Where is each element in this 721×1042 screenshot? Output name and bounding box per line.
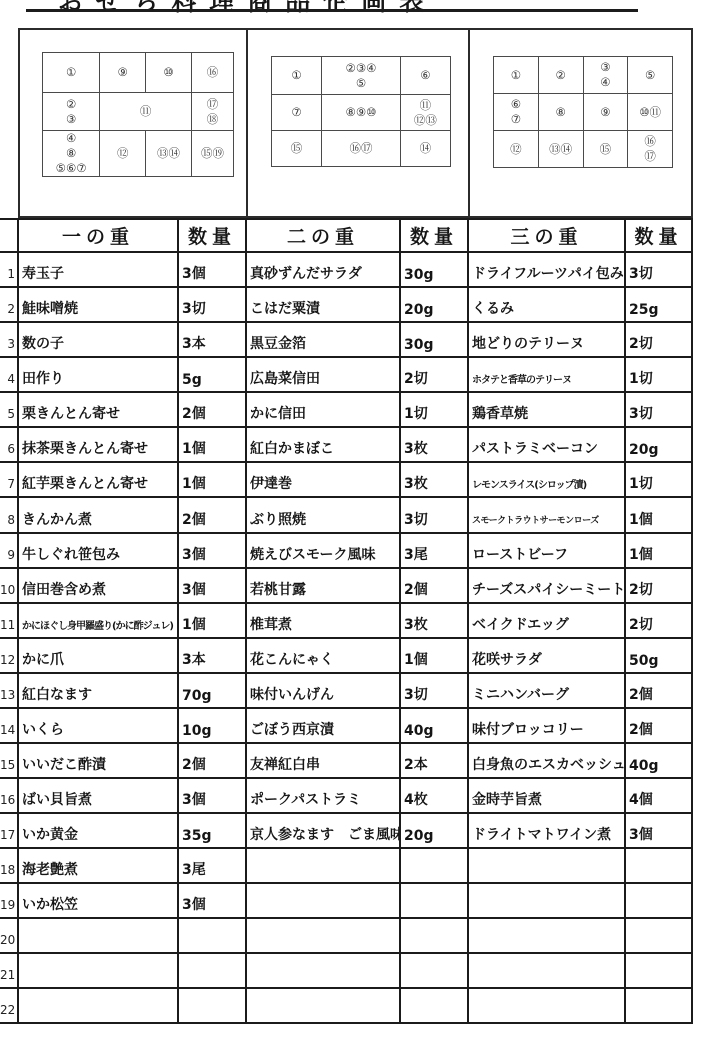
item-name-cell: 黒豆金箔	[246, 322, 400, 357]
quantity-cell: 2個	[625, 673, 692, 708]
column-header: 二の重	[246, 219, 400, 252]
quantity-cell: 1切	[625, 357, 692, 392]
layout-position-cell: ② ③	[43, 93, 100, 131]
layout-position-cell: ⑯⑰	[322, 131, 401, 167]
layout-position-cell: ⑮⑲	[191, 131, 233, 177]
item-name-cell: くるみ	[468, 287, 625, 322]
quantity-cell: 2個	[178, 392, 246, 427]
quantity-cell: 3尾	[400, 533, 468, 568]
item-name-cell: きんかん煮	[18, 497, 178, 533]
row-number: 10	[0, 568, 18, 603]
column-header: 三の重	[468, 219, 625, 252]
item-name-cell	[468, 988, 625, 1023]
quantity-cell: 2切	[400, 357, 468, 392]
row-number: 18	[0, 848, 18, 883]
quantity-cell: 20g	[625, 427, 692, 462]
row-number: 22	[0, 988, 18, 1023]
item-name-cell: 栗きんとん寄せ	[18, 392, 178, 427]
item-name-cell: 伊達巻	[246, 462, 400, 497]
table-row: 8きんかん煮2個ぶり照焼3切スモークトラウトサーモンローズ1個	[0, 497, 692, 533]
item-name-cell: 京人参なます ごま風味	[246, 813, 400, 848]
table-row: 3数の子3本黒豆金箔30g地どりのテリーヌ2切	[0, 322, 692, 357]
quantity-cell: 2切	[625, 603, 692, 638]
quantity-cell: 3個	[178, 533, 246, 568]
quantity-cell: 40g	[625, 743, 692, 778]
item-name-cell: かにほぐし身甲羅盛り(かに酢ジュレ)	[18, 603, 178, 638]
quantity-cell: 70g	[178, 673, 246, 708]
layout-position-cell: ⑪	[100, 93, 192, 131]
item-name-cell: 紅白かまぼこ	[246, 427, 400, 462]
column-header: 数量	[400, 219, 468, 252]
quantity-cell: 50g	[625, 638, 692, 673]
item-name-cell: ポークパストラミ	[246, 778, 400, 813]
layout-position-cell: ⑨	[583, 94, 628, 131]
quantity-cell: 3個	[178, 568, 246, 603]
layout-panel-san-no-ju: ①②③ ④⑤⑥ ⑦⑧⑨⑩⑪⑫⑬⑭⑮⑯ ⑰	[470, 30, 691, 216]
layout-position-cell: ⑨	[100, 53, 146, 93]
item-name-cell: 鮭味噌焼	[18, 287, 178, 322]
item-name-cell: ごぼう西京漬	[246, 708, 400, 743]
item-name-cell: ベイクドエッグ	[468, 603, 625, 638]
quantity-cell: 2個	[625, 708, 692, 743]
layout-position-cell: ⑧	[538, 94, 583, 131]
item-name-cell: チーズスパイシーミート	[468, 568, 625, 603]
layout-position-cell: ⑩⑪	[628, 94, 673, 131]
quantity-cell: 35g	[178, 813, 246, 848]
layout-position-cell: ④ ⑧ ⑤⑥⑦	[43, 131, 100, 177]
item-name-cell: ローストビーフ	[468, 533, 625, 568]
quantity-cell	[625, 918, 692, 953]
row-number: 1	[0, 252, 18, 287]
item-name-cell	[18, 988, 178, 1023]
layout-position-cell: ⑪ ⑫⑬	[400, 95, 450, 131]
row-number: 19	[0, 883, 18, 918]
row-number: 7	[0, 462, 18, 497]
quantity-cell: 2個	[178, 497, 246, 533]
layout-panel-ni-no-ju: ①②③④ ⑤⑥⑦⑧⑨⑩⑪ ⑫⑬⑮⑯⑰⑭	[248, 30, 470, 216]
quantity-cell	[178, 918, 246, 953]
item-name-cell: 信田巻含め煮	[18, 568, 178, 603]
table-row: 22	[0, 988, 692, 1023]
item-name-cell	[468, 848, 625, 883]
item-name-cell	[468, 918, 625, 953]
item-name-cell: 数の子	[18, 322, 178, 357]
main-table-header-row: 一の重数量二の重数量三の重数量	[0, 219, 692, 252]
item-name-cell: ドライトマトワイン煮	[468, 813, 625, 848]
quantity-cell	[625, 953, 692, 988]
table-row: 10信田巻含め煮3個若桃甘露2個チーズスパイシーミート2切	[0, 568, 692, 603]
table-row: 7紅芋栗きんとん寄せ1個伊達巻3枚レモンスライス(シロップ漬)1切	[0, 462, 692, 497]
main-table-body: 1寿玉子3個真砂ずんだサラダ30gドライフルーツパイ包み3切2鮭味噌焼3切こはだ…	[0, 252, 692, 1023]
table-row: 16ばい貝旨煮3個ポークパストラミ4枚金時芋旨煮4個	[0, 778, 692, 813]
quantity-cell: 3個	[178, 252, 246, 287]
item-name-cell: いくら	[18, 708, 178, 743]
row-number: 13	[0, 673, 18, 708]
quantity-cell: 3枚	[400, 603, 468, 638]
quantity-cell: 3本	[178, 638, 246, 673]
table-row: 18海老艶煮3尾	[0, 848, 692, 883]
table-row: 20	[0, 918, 692, 953]
quantity-cell: 3個	[178, 883, 246, 918]
row-number: 11	[0, 603, 18, 638]
ni-no-ju-layout: ①②③④ ⑤⑥⑦⑧⑨⑩⑪ ⑫⑬⑮⑯⑰⑭	[271, 56, 451, 167]
column-header: 数量	[178, 219, 246, 252]
layout-position-cell: ⑧⑨⑩	[322, 95, 401, 131]
table-row: 1寿玉子3個真砂ずんだサラダ30gドライフルーツパイ包み3切	[0, 252, 692, 287]
layout-position-cell: ⑫	[100, 131, 146, 177]
row-number: 9	[0, 533, 18, 568]
layout-position-cell: ⑬⑭	[146, 131, 192, 177]
layout-position-cell: ①	[43, 53, 100, 93]
item-name-cell	[468, 953, 625, 988]
table-row: 19いか松笠3個	[0, 883, 692, 918]
quantity-cell: 4個	[625, 778, 692, 813]
item-name-cell: かに信田	[246, 392, 400, 427]
row-number: 15	[0, 743, 18, 778]
quantity-cell	[400, 953, 468, 988]
quantity-cell: 1個	[400, 638, 468, 673]
row-number: 16	[0, 778, 18, 813]
item-name-cell: 焼えびスモーク風味	[246, 533, 400, 568]
quantity-cell	[400, 918, 468, 953]
title-underline	[26, 9, 638, 12]
item-name-cell	[18, 918, 178, 953]
item-name-cell: ミニハンバーグ	[468, 673, 625, 708]
table-row: 17いか黄金35g京人参なます ごま風味20gドライトマトワイン煮3個	[0, 813, 692, 848]
table-row: 15いいだこ酢漬2個友禅紅白串2本白身魚のエスカベッシュ40g	[0, 743, 692, 778]
quantity-cell: 3切	[625, 252, 692, 287]
quantity-cell: 3切	[400, 497, 468, 533]
menu-table: 一の重数量二の重数量三の重数量 1寿玉子3個真砂ずんだサラダ30gドライフルーツ…	[0, 218, 693, 1024]
table-row: 12かに爪3本花こんにゃく1個花咲サラダ50g	[0, 638, 692, 673]
item-name-cell: スモークトラウトサーモンローズ	[468, 497, 625, 533]
layout-position-cell: ⑥	[400, 57, 450, 95]
table-row: 5栗きんとん寄せ2個かに信田1切鶏香草焼3切	[0, 392, 692, 427]
quantity-cell	[400, 883, 468, 918]
quantity-cell	[625, 883, 692, 918]
box-layout-diagrams: ①⑨⑩⑯② ③⑪⑰ ⑱④ ⑧ ⑤⑥⑦⑫⑬⑭⑮⑲ ①②③④ ⑤⑥⑦⑧⑨⑩⑪ ⑫⑬⑮…	[18, 28, 693, 218]
quantity-cell: 3個	[625, 813, 692, 848]
quantity-cell	[178, 953, 246, 988]
quantity-cell: 2個	[400, 568, 468, 603]
quantity-cell: 1個	[178, 603, 246, 638]
layout-panel-ichi-no-ju: ①⑨⑩⑯② ③⑪⑰ ⑱④ ⑧ ⑤⑥⑦⑫⑬⑭⑮⑲	[20, 30, 248, 216]
quantity-cell: 2個	[178, 743, 246, 778]
table-row: 4田作り5g広島菜信田2切ホタテと香草のテリーヌ1切	[0, 357, 692, 392]
quantity-cell: 25g	[625, 287, 692, 322]
quantity-cell	[400, 988, 468, 1023]
quantity-cell: 1個	[178, 462, 246, 497]
table-row: 6抹茶栗きんとん寄せ1個紅白かまぼこ3枚パストラミベーコン20g	[0, 427, 692, 462]
document-page: おせち料理商品企画表 ①⑨⑩⑯② ③⑪⑰ ⑱④ ⑧ ⑤⑥⑦⑫⑬⑭⑮⑲ ①②③④ …	[0, 0, 721, 1042]
layout-position-cell: ①	[494, 57, 539, 94]
quantity-cell	[625, 988, 692, 1023]
column-header: 一の重	[18, 219, 178, 252]
quantity-cell: 1個	[625, 497, 692, 533]
item-name-cell: 寿玉子	[18, 252, 178, 287]
quantity-cell: 4枚	[400, 778, 468, 813]
quantity-cell: 3枚	[400, 462, 468, 497]
quantity-cell: 40g	[400, 708, 468, 743]
row-number-column-header	[0, 219, 18, 252]
table-row: 21	[0, 953, 692, 988]
table-row: 9牛しぐれ笹包み3個焼えびスモーク風味3尾ローストビーフ1個	[0, 533, 692, 568]
quantity-cell: 3尾	[178, 848, 246, 883]
item-name-cell: 白身魚のエスカベッシュ	[468, 743, 625, 778]
quantity-cell: 1個	[625, 533, 692, 568]
row-number: 5	[0, 392, 18, 427]
item-name-cell: 花こんにゃく	[246, 638, 400, 673]
item-name-cell: 椎茸煮	[246, 603, 400, 638]
san-no-ju-layout: ①②③ ④⑤⑥ ⑦⑧⑨⑩⑪⑫⑬⑭⑮⑯ ⑰	[493, 56, 673, 168]
ichi-no-ju-layout: ①⑨⑩⑯② ③⑪⑰ ⑱④ ⑧ ⑤⑥⑦⑫⑬⑭⑮⑲	[42, 52, 234, 177]
item-name-cell	[246, 988, 400, 1023]
item-name-cell: ホタテと香草のテリーヌ	[468, 357, 625, 392]
layout-position-cell: ⑭	[400, 131, 450, 167]
quantity-cell: 5g	[178, 357, 246, 392]
quantity-cell: 30g	[400, 252, 468, 287]
item-name-cell: 鶏香草焼	[468, 392, 625, 427]
item-name-cell	[18, 953, 178, 988]
quantity-cell: 3本	[178, 322, 246, 357]
row-number: 21	[0, 953, 18, 988]
quantity-cell: 2本	[400, 743, 468, 778]
row-number: 3	[0, 322, 18, 357]
quantity-cell: 20g	[400, 287, 468, 322]
item-name-cell: 若桃甘露	[246, 568, 400, 603]
item-name-cell: 友禅紅白串	[246, 743, 400, 778]
item-name-cell: 紅白なます	[18, 673, 178, 708]
row-number: 6	[0, 427, 18, 462]
item-name-cell	[468, 883, 625, 918]
item-name-cell: いか松笠	[18, 883, 178, 918]
item-name-cell: 牛しぐれ笹包み	[18, 533, 178, 568]
item-name-cell: 抹茶栗きんとん寄せ	[18, 427, 178, 462]
layout-position-cell: ②	[538, 57, 583, 94]
quantity-cell: 3切	[625, 392, 692, 427]
item-name-cell: ばい貝旨煮	[18, 778, 178, 813]
layout-position-cell: ⑥ ⑦	[494, 94, 539, 131]
item-name-cell: 田作り	[18, 357, 178, 392]
item-name-cell: ドライフルーツパイ包み	[468, 252, 625, 287]
quantity-cell: 10g	[178, 708, 246, 743]
item-name-cell: 海老艶煮	[18, 848, 178, 883]
layout-position-cell: ⑬⑭	[538, 131, 583, 168]
quantity-cell: 1切	[400, 392, 468, 427]
quantity-cell: 30g	[400, 322, 468, 357]
layout-position-cell: ⑤	[628, 57, 673, 94]
table-row: 14いくら10gごぼう西京漬40g味付ブロッコリー2個	[0, 708, 692, 743]
item-name-cell: かに爪	[18, 638, 178, 673]
quantity-cell	[178, 988, 246, 1023]
layout-position-cell: ⑮	[272, 131, 322, 167]
quantity-cell: 3枚	[400, 427, 468, 462]
quantity-cell	[625, 848, 692, 883]
layout-position-cell: ⑮	[583, 131, 628, 168]
item-name-cell: 金時芋旨煮	[468, 778, 625, 813]
item-name-cell: 味付いんげん	[246, 673, 400, 708]
quantity-cell: 2切	[625, 568, 692, 603]
quantity-cell: 3切	[178, 287, 246, 322]
quantity-cell: 1個	[178, 427, 246, 462]
item-name-cell: ぶり照焼	[246, 497, 400, 533]
row-number: 2	[0, 287, 18, 322]
quantity-cell: 3切	[400, 673, 468, 708]
layout-position-cell: ⑩	[146, 53, 192, 93]
layout-position-cell: ⑦	[272, 95, 322, 131]
item-name-cell	[246, 848, 400, 883]
item-name-cell: いか黄金	[18, 813, 178, 848]
quantity-cell: 3個	[178, 778, 246, 813]
row-number: 17	[0, 813, 18, 848]
quantity-cell: 2切	[625, 322, 692, 357]
item-name-cell: パストラミベーコン	[468, 427, 625, 462]
layout-position-cell: ③ ④	[583, 57, 628, 94]
table-row: 2鮭味噌焼3切こはだ粟漬20gくるみ25g	[0, 287, 692, 322]
quantity-cell	[400, 848, 468, 883]
item-name-cell: 紅芋栗きんとん寄せ	[18, 462, 178, 497]
item-name-cell: いいだこ酢漬	[18, 743, 178, 778]
layout-position-cell: ①	[272, 57, 322, 95]
row-number: 4	[0, 357, 18, 392]
row-number: 20	[0, 918, 18, 953]
item-name-cell: 花咲サラダ	[468, 638, 625, 673]
table-row: 13紅白なます70g味付いんげん3切ミニハンバーグ2個	[0, 673, 692, 708]
row-number: 14	[0, 708, 18, 743]
layout-position-cell: ⑫	[494, 131, 539, 168]
layout-position-cell: ②③④ ⑤	[322, 57, 401, 95]
item-name-cell: 味付ブロッコリー	[468, 708, 625, 743]
row-number: 12	[0, 638, 18, 673]
item-name-cell: レモンスライス(シロップ漬)	[468, 462, 625, 497]
row-number: 8	[0, 497, 18, 533]
table-row: 11かにほぐし身甲羅盛り(かに酢ジュレ)1個椎茸煮3枚ベイクドエッグ2切	[0, 603, 692, 638]
item-name-cell	[246, 918, 400, 953]
layout-position-cell: ⑰ ⑱	[191, 93, 233, 131]
quantity-cell: 1切	[625, 462, 692, 497]
item-name-cell	[246, 953, 400, 988]
item-name-cell: 真砂ずんだサラダ	[246, 252, 400, 287]
item-name-cell	[246, 883, 400, 918]
item-name-cell: 広島菜信田	[246, 357, 400, 392]
item-name-cell: こはだ粟漬	[246, 287, 400, 322]
layout-position-cell: ⑯ ⑰	[628, 131, 673, 168]
column-header: 数量	[625, 219, 692, 252]
item-name-cell: 地どりのテリーヌ	[468, 322, 625, 357]
quantity-cell: 20g	[400, 813, 468, 848]
layout-position-cell: ⑯	[191, 53, 233, 93]
